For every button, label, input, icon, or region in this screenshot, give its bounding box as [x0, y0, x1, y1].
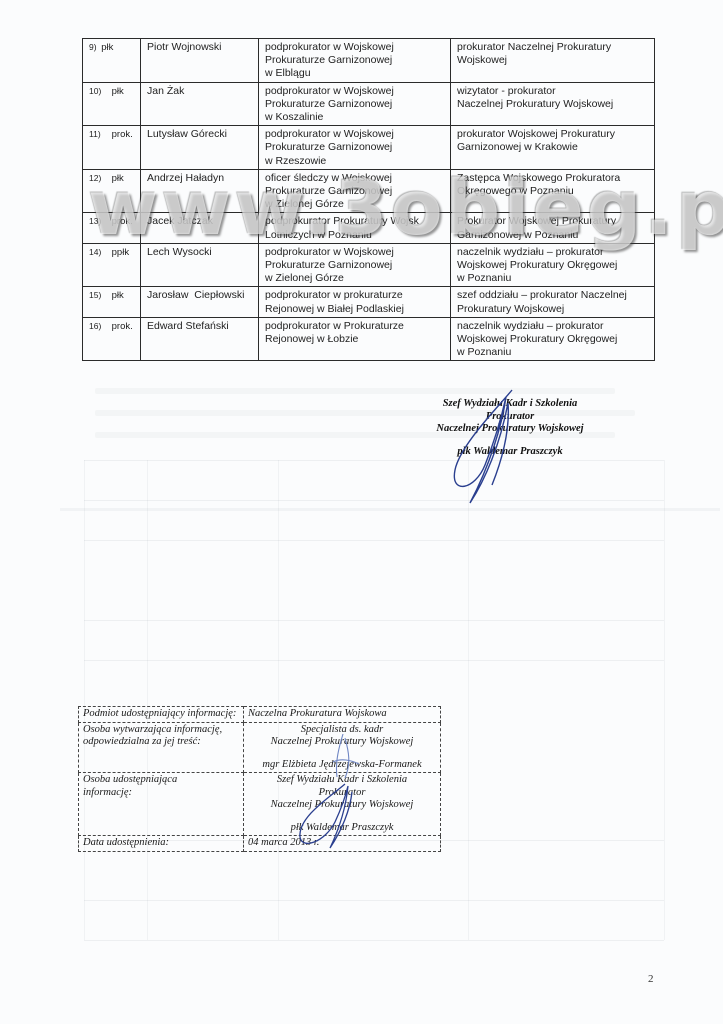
publisher-value: Szef Wydziału Kadr i Szkolenia Prokurato…: [244, 773, 441, 836]
current-position: Prokurator Wojskowej ProkuraturyGarnizon…: [451, 213, 655, 243]
row-number: 14): [89, 246, 109, 259]
former-position-line: Prokuraturze Garnizonowej: [265, 185, 445, 198]
table-row: 12) płkAndrzej Haładynoficer śledczy w W…: [83, 169, 655, 213]
row-number: 16): [89, 320, 109, 333]
table-row: 10) płkJan Żakpodprokurator w WojskowejP…: [83, 82, 655, 126]
former-position-line: Prokuraturze Garnizonowej: [265, 259, 445, 272]
military-rank: ppłk: [112, 247, 129, 258]
current-position: Zastępca Wojskowego ProkuratoraOkręgoweg…: [451, 169, 655, 213]
former-position-line: Rejonowej w Łobzie: [265, 333, 445, 346]
author-title-line1: Specjalista ds. kadr: [248, 724, 436, 737]
current-position: prokurator Naczelnej ProkuraturyWojskowe…: [451, 39, 655, 83]
row-number-rank: 11) prok.: [83, 126, 141, 170]
author-value: Specjalista ds. kadr Naczelnej Prokuratu…: [244, 722, 441, 773]
publisher-name: płk Waldemar Praszczyk: [248, 822, 436, 835]
former-position-line: podprokurator w Wojskowej: [265, 246, 445, 259]
person-name: Edward Stefański: [141, 317, 259, 361]
row-number-rank: 10) płk: [83, 82, 141, 126]
former-position: podprokurator w WojskowejProkuraturze Ga…: [259, 39, 451, 83]
former-position-line: Lotniczych w Poznaniu: [265, 229, 445, 242]
current-position-line: Zastępca Wojskowego Prokuratora: [457, 172, 649, 185]
former-position-line: podprokurator w Prokuraturze: [265, 320, 445, 333]
row-number-rank: 14) ppłk: [83, 243, 141, 287]
former-position: podprokurator w WojskowejProkuraturze Ga…: [259, 126, 451, 170]
former-position-line: Prokuraturze Garnizonowej: [265, 54, 445, 67]
author-label: Osoba wytwarzająca informację, odpowiedz…: [79, 722, 244, 773]
author-label-line2: odpowiedzialna za jej treść:: [83, 736, 239, 749]
former-position: podprokurator w WojskowejProkuraturze Ga…: [259, 82, 451, 126]
former-position: podprokurator w ProkuraturzeRejonowej w …: [259, 317, 451, 361]
current-position-line: naczelnik wydziału – prokurator: [457, 246, 649, 259]
signature-title-line2: Prokurator: [410, 411, 610, 424]
current-position-line: prokurator Naczelnej Prokuratury: [457, 41, 649, 54]
row-number-rank: 9) płk: [83, 39, 141, 83]
signature-title-line3: Naczelnej Prokuratury Wojskowej: [410, 423, 610, 436]
current-position-line: prokurator Wojskowej Prokuratury: [457, 128, 649, 141]
military-rank: prok.: [112, 216, 133, 227]
military-rank: prok.: [112, 129, 133, 140]
former-position-line: w Koszalinie: [265, 111, 445, 124]
table-row: 15) płkJarosław Ciepłowskipodprokurator …: [83, 287, 655, 317]
author-title-line2: Naczelnej Prokuratury Wojskowej: [248, 736, 436, 749]
former-position: podprokurator Prokuratury WojskLotniczyc…: [259, 213, 451, 243]
person-name: Jan Żak: [141, 82, 259, 126]
military-rank: płk: [112, 173, 124, 184]
current-position-line: Naczelnej Prokuratury Wojskowej: [457, 98, 649, 111]
current-position-line: szef oddziału – prokurator Naczelnej: [457, 289, 649, 302]
current-position-line: Prokurator Wojskowej Prokuratury: [457, 215, 649, 228]
row-number-rank: 12) płk: [83, 169, 141, 213]
former-position: podprokurator w WojskowejProkuraturze Ga…: [259, 243, 451, 287]
publisher-title-line2: Prokurator: [248, 787, 436, 800]
row-number: 12): [89, 172, 109, 185]
date-value: 04 marca 2013 r.: [244, 836, 441, 852]
provider-value: Naczelna Prokuratura Wojskowa: [244, 707, 441, 723]
publisher-label-line2: informację:: [83, 787, 239, 800]
current-position: prokurator Wojskowej ProkuraturyGarnizon…: [451, 126, 655, 170]
former-position: podprokurator w prokuraturzeRejonowej w …: [259, 287, 451, 317]
current-position-line: naczelnik wydziału – prokurator: [457, 320, 649, 333]
publisher-title-line3: Naczelnej Prokuratury Wojskowej: [248, 799, 436, 812]
military-rank: płk: [101, 42, 113, 53]
former-position: oficer śledczy w WojskowejProkuraturze G…: [259, 169, 451, 213]
page-number: 2: [648, 973, 654, 985]
military-rank: prok.: [112, 321, 133, 332]
former-position-line: oficer śledczy w Wojskowej: [265, 172, 445, 185]
former-position-line: podprokurator w prokuraturze: [265, 289, 445, 302]
signature-block: Szef Wydziału Kadr i Szkolenia Prokurato…: [410, 398, 610, 458]
former-position-line: w Zielonej Górze: [265, 198, 445, 211]
row-number-rank: 15) płk: [83, 287, 141, 317]
provider-label: Podmiot udostępniający informację:: [79, 707, 244, 723]
current-position-line: wizytator - prokurator: [457, 85, 649, 98]
row-number: 13): [89, 215, 109, 228]
current-position: szef oddziału – prokurator NaczelnejProk…: [451, 287, 655, 317]
signature-name: płk Waldemar Praszczyk: [410, 446, 610, 459]
table-row: 11) prok.Lutysław Góreckipodprokurator w…: [83, 126, 655, 170]
publisher-label-line1: Osoba udostępniająca: [83, 774, 239, 787]
current-position: wizytator - prokuratorNaczelnej Prokurat…: [451, 82, 655, 126]
former-position-line: podprokurator w Wojskowej: [265, 128, 445, 141]
row-number: 11): [89, 128, 109, 141]
person-name: Lech Wysocki: [141, 243, 259, 287]
current-position-line: Wojskowej Prokuratury Okręgowej: [457, 333, 649, 346]
current-position-line: Wojskowej: [457, 54, 649, 67]
signature-title-line1: Szef Wydziału Kadr i Szkolenia: [410, 398, 610, 411]
row-number: 10): [89, 85, 109, 98]
table-row: 9) płkPiotr Wojnowskipodprokurator w Woj…: [83, 39, 655, 83]
former-position-line: podprokurator w Wojskowej: [265, 41, 445, 54]
former-position-line: Rejonowej w Białej Podlaskiej: [265, 303, 445, 316]
table-row: 14) ppłkLech Wysockipodprokurator w Wojs…: [83, 243, 655, 287]
table-row: 13) prok.Jacek Jatczakpodprokurator Prok…: [83, 213, 655, 243]
person-name: Andrzej Haładyn: [141, 169, 259, 213]
row-number-rank: 16) prok.: [83, 317, 141, 361]
current-position-line: w Poznaniu: [457, 272, 649, 285]
row-number: 9): [89, 41, 97, 54]
author-label-line1: Osoba wytwarzająca informację,: [83, 724, 239, 737]
person-name: Lutysław Górecki: [141, 126, 259, 170]
current-position: naczelnik wydziału – prokuratorWojskowej…: [451, 243, 655, 287]
current-position: naczelnik wydziału – prokuratorWojskowej…: [451, 317, 655, 361]
publisher-label: Osoba udostępniająca informację:: [79, 773, 244, 836]
current-position-line: Prokuratury Wojskowej: [457, 303, 649, 316]
person-name: Jarosław Ciepłowski: [141, 287, 259, 317]
current-position-line: w Poznaniu: [457, 346, 649, 359]
current-position-line: Garnizonowej w Krakowie: [457, 141, 649, 154]
former-position-line: w Elblągu: [265, 67, 445, 80]
publisher-title-line1: Szef Wydziału Kadr i Szkolenia: [248, 774, 436, 787]
former-position-line: Prokuraturze Garnizonowej: [265, 141, 445, 154]
person-name: Piotr Wojnowski: [141, 39, 259, 83]
current-position-line: Okręgowego w Poznaniu: [457, 185, 649, 198]
former-position-line: w Rzeszowie: [265, 155, 445, 168]
former-position-line: Prokuraturze Garnizonowej: [265, 98, 445, 111]
person-name: Jacek Jatczak: [141, 213, 259, 243]
author-name: mgr Elżbieta Jędrzejewska-Formanek: [248, 759, 436, 772]
military-rank: płk: [112, 290, 124, 301]
row-number: 15): [89, 289, 109, 302]
disclosure-info-box: Podmiot udostępniający informację: Nacze…: [78, 706, 441, 852]
current-position-line: Wojskowej Prokuratury Okręgowej: [457, 259, 649, 272]
table-row: 16) prok.Edward Stefańskipodprokurator w…: [83, 317, 655, 361]
former-position-line: w Zielonej Górze: [265, 272, 445, 285]
military-rank: płk: [112, 86, 124, 97]
former-position-line: podprokurator w Wojskowej: [265, 85, 445, 98]
former-position-line: podprokurator Prokuratury Wojsk: [265, 215, 445, 228]
current-position-line: Garnizonowej w Poznaniu: [457, 229, 649, 242]
row-number-rank: 13) prok.: [83, 213, 141, 243]
prosecutor-career-table: 9) płkPiotr Wojnowskipodprokurator w Woj…: [82, 38, 655, 361]
date-label: Data udostępnienia:: [79, 836, 244, 852]
